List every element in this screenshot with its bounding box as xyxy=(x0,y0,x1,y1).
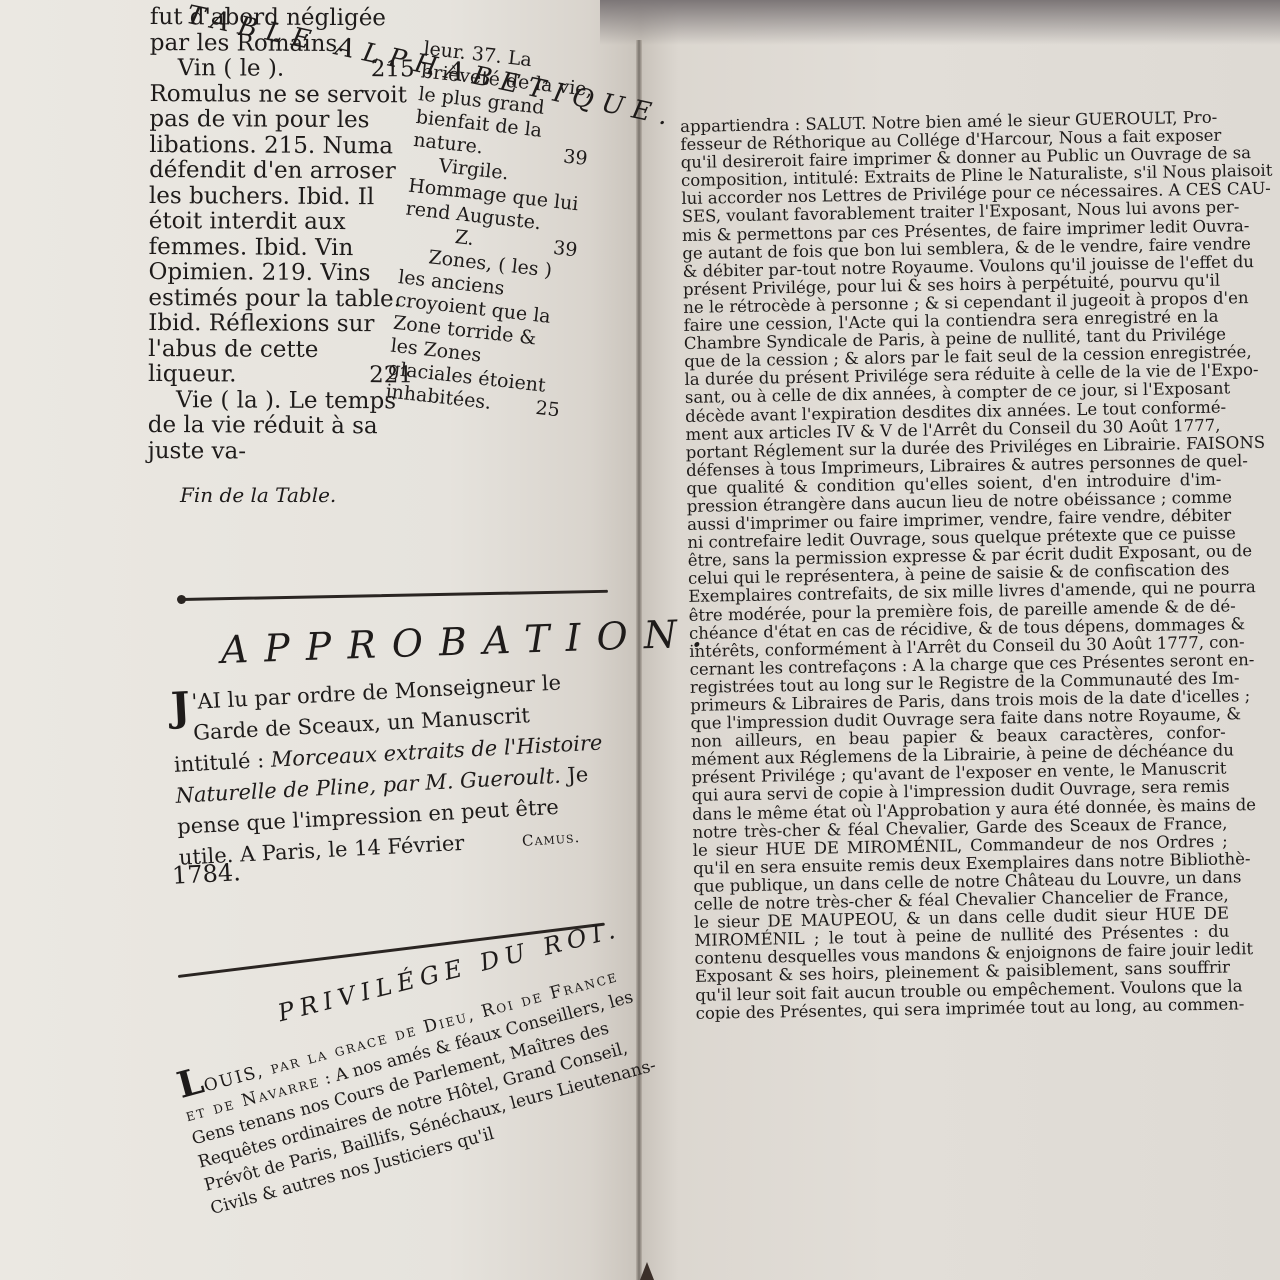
index-column-a: fut d'abord négligée par les Romains. Vi… xyxy=(148,5,415,465)
open-book: TABLE ALPHABETIQUE. fut d'abord négligée… xyxy=(0,0,1280,1280)
privilege-continuation: appartiendra : SALUT. Notre bien amé le … xyxy=(680,109,1231,1023)
index-entry: Zones, ( les ) les anciens croyoient que… xyxy=(384,243,576,422)
index-entry: fut d'abord négligée par les Romains. xyxy=(150,5,415,57)
index-entry: leur. 37. La brièveté de la vie, le plus… xyxy=(412,37,599,171)
index-entry: Vie ( la ). Le temps de la vie réduit à … xyxy=(148,387,413,465)
approbation-year: 1784. xyxy=(171,858,241,890)
index-entry: Vin ( le ).215 xyxy=(150,56,415,83)
drop-cap: J xyxy=(170,687,191,728)
end-of-table-note: Fin de la Table. xyxy=(180,483,336,507)
index-entry: Romulus ne se servoit pas de vin pour le… xyxy=(148,81,415,388)
background-shadow xyxy=(600,0,1280,45)
